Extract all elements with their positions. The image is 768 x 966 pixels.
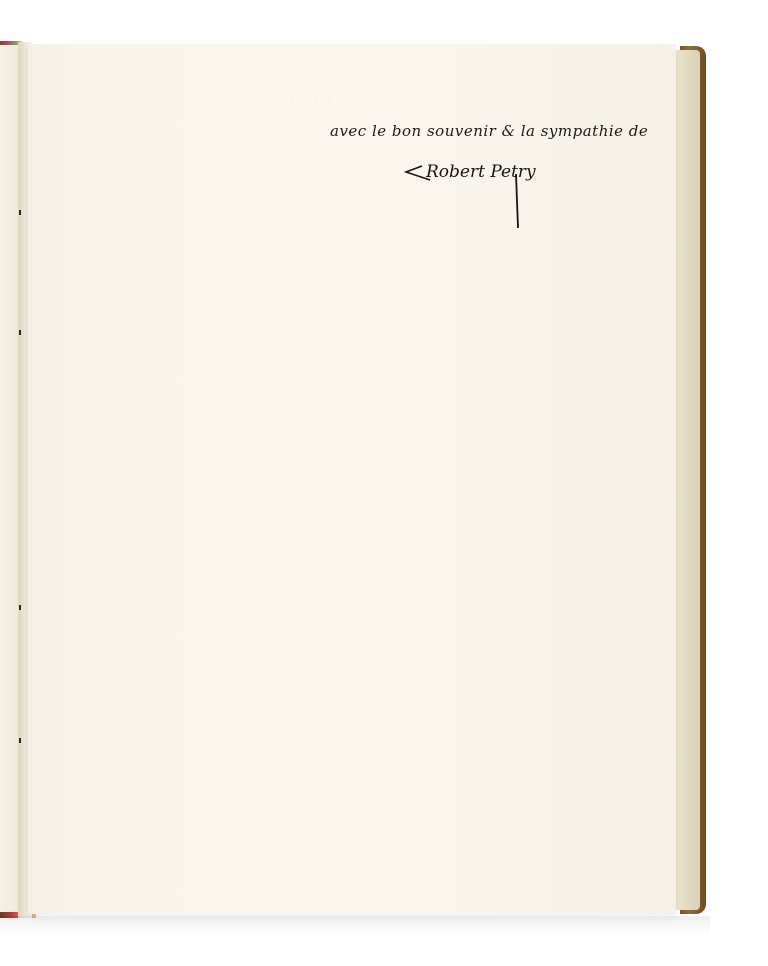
book-photo: · · · · · · · avec le bon souvenir & la … — [0, 0, 768, 966]
binding-stitch — [19, 330, 21, 335]
right-page — [28, 44, 676, 914]
binding-stitch — [19, 738, 21, 743]
erased-text: · · · · · · · — [290, 92, 530, 107]
signature-text: Robert Petry — [426, 162, 536, 182]
book-shadow — [0, 916, 710, 936]
signature: Robert Petry — [404, 160, 544, 232]
binding-stitch — [19, 605, 21, 610]
binding-stitch — [19, 210, 21, 215]
handwritten-inscription: avec le bon souvenir & la sympathie de — [330, 122, 670, 140]
